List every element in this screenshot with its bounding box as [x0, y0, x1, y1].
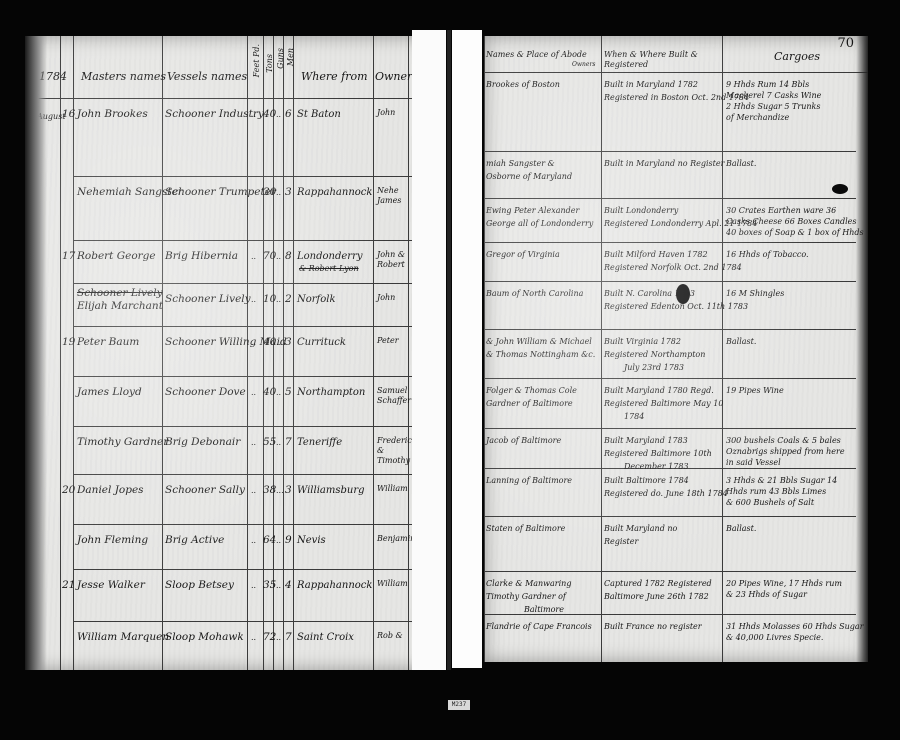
row-cargo: 16 M Shingles: [726, 289, 784, 299]
row-vessel-name: Sloop Mohawk: [165, 631, 244, 644]
row-rule: [73, 176, 433, 177]
column-rule: [247, 36, 248, 670]
row-rule: [484, 516, 856, 517]
row-built-registered: Captured 1782 Registered: [604, 579, 712, 589]
column-rule: [60, 36, 61, 670]
row-guns: ..: [276, 252, 281, 262]
column-rule: [162, 36, 163, 670]
row-tons: 38: [263, 484, 276, 497]
row-rule: [73, 569, 433, 570]
row-vessel-name: Schooner Sally: [165, 484, 245, 497]
row-cargo: in said Vessel: [726, 458, 781, 468]
header-men: Men: [284, 48, 297, 66]
row-feet: ..: [251, 338, 256, 348]
row-cargo: 9 Hhds Rum 14 Bbls: [726, 80, 809, 90]
page-number: 70: [837, 36, 854, 51]
row-cargo: 40 boxes of Soap & 1 box of Hhds: [726, 228, 864, 238]
row-feet: ..: [251, 388, 256, 398]
row-where-from: Londonderry: [297, 250, 363, 263]
row-where-from: Saint Croix: [297, 631, 354, 644]
row-vessel-name: Brig Hibernia: [165, 250, 238, 263]
row-cargo: Casks Cheese 66 Boxes Candles: [726, 217, 857, 227]
row-cargo: 2 Hhds Sugar 5 Trunks: [726, 102, 820, 112]
row-men: 3: [285, 186, 292, 199]
row-men: 7: [285, 436, 292, 449]
row-rule: [73, 283, 433, 284]
row-guns: ..: [276, 438, 281, 448]
row-built-registered: Registered Northampton: [604, 350, 705, 360]
row-vessel-name: Brig Debonair: [165, 436, 240, 449]
row-men: 2: [285, 293, 292, 306]
row-vessel-name: Schooner Trumpeter: [165, 186, 276, 199]
right-ledger-page: Names & Place of AbodeOwnersWhen & Where…: [484, 36, 868, 662]
row-owners: Osborne of Maryland: [486, 172, 572, 182]
row-built-registered: Registered Norfolk Oct. 2nd 1784: [604, 263, 742, 273]
row-master-name: John Fleming: [77, 534, 148, 547]
row-owner: John: [377, 108, 409, 118]
row-cargo: Oznabrigs shipped from here: [726, 447, 845, 457]
row-men: 8: [285, 250, 292, 263]
row-tons: 40: [263, 336, 276, 349]
row-rule: [484, 428, 856, 429]
row-where-from: Rappahannock: [297, 579, 372, 592]
row-cargo: 16 Hhds of Tobacco.: [726, 250, 809, 260]
ink-blot: [832, 184, 848, 194]
row-where-from: Rappahannock: [297, 186, 372, 199]
row-where-from: Northampton: [297, 386, 365, 399]
row-rule: [73, 376, 433, 377]
row-cargo: & 40,000 Livres Specie.: [726, 633, 823, 643]
row-owners: Gregor of Virginia: [486, 250, 560, 260]
row-master-name: Elijah Marchant: [77, 300, 163, 313]
row-where-from-struck: & Robert Lyon: [299, 264, 359, 274]
column-rule: [484, 36, 485, 662]
row-owners: Timothy Gardner of: [486, 592, 566, 602]
book-gutter-left: [412, 30, 446, 670]
row-cargo: 3 Hhds & 21 Bbls Sugar 14: [726, 476, 837, 486]
header-built-registered: When & Where Built & Registered: [604, 50, 714, 70]
row-tons: 64: [263, 534, 276, 547]
film-frame-tag: M237: [448, 700, 470, 710]
row-where-from: Currituck: [297, 336, 346, 349]
row-tons: 35: [263, 579, 276, 592]
row-feet: ..: [251, 438, 256, 448]
row-built-registered: Built Baltimore 1784: [604, 476, 689, 486]
column-rule: [373, 36, 374, 670]
header-owners-sub: Owners: [572, 60, 595, 70]
row-men: 3: [285, 336, 292, 349]
row-built-registered: Built France no register: [604, 622, 702, 632]
row-where-from: Norfolk: [297, 293, 336, 306]
row-tons: 30: [263, 186, 276, 199]
row-master-name: Daniel Jopes: [77, 484, 144, 497]
row-owners: Folger & Thomas Cole: [486, 386, 577, 396]
row-rule: [484, 242, 856, 243]
row-guns: ..: [276, 581, 281, 591]
row-guns: ..: [276, 295, 281, 305]
row-built-registered: Built Milford Haven 1782: [604, 250, 708, 260]
column-rule: [722, 36, 723, 662]
row-men: 3: [285, 484, 292, 497]
row-vessel-name: Sloop Betsey: [165, 579, 234, 592]
row-feet: ..: [251, 110, 256, 120]
row-feet: ..: [251, 295, 256, 305]
row-owners: Lanning of Baltimore: [486, 476, 572, 486]
row-master-name: Robert George: [77, 250, 156, 263]
header-rule: [484, 72, 868, 73]
row-rule: [484, 151, 856, 152]
row-owner: Frederick & Timothy: [377, 436, 409, 466]
row-built-registered: Built Virginia 1782: [604, 337, 681, 347]
row-tons: 72: [263, 631, 276, 644]
row-tons: 70: [263, 250, 276, 263]
row-where-from: Teneriffe: [297, 436, 342, 449]
row-guns: ..: [276, 110, 281, 120]
header-year: 1784: [39, 70, 67, 83]
row-owner: John & Robert: [377, 250, 409, 270]
header-cargoes: Cargoes: [774, 50, 820, 63]
row-built-registered: Built in Maryland no Register: [604, 159, 724, 169]
header-where-from: Where from: [301, 70, 368, 83]
row-built-registered: December 1783: [624, 462, 689, 472]
row-vessel-name: Schooner Dove: [165, 386, 246, 399]
row-built-registered: Registered Baltimore 10th: [604, 449, 712, 459]
row-owner: William: [377, 484, 409, 494]
row-rule: [73, 426, 433, 427]
row-owners: Staten of Baltimore: [486, 524, 565, 534]
row-feet: ..: [251, 486, 256, 496]
row-rule: [484, 198, 856, 199]
row-owner: Samuel Schaffer: [377, 386, 409, 406]
row-vessel-name: Schooner Industry: [165, 108, 264, 121]
row-built-registered: Registered do. June 18th 1784: [604, 489, 728, 499]
row-where-from: Nevis: [297, 534, 326, 547]
row-rule: [484, 571, 856, 572]
row-built-registered: Built Maryland 1783: [604, 436, 688, 446]
row-built-registered: July 23rd 1783: [624, 363, 684, 373]
row-built-registered: 1784: [624, 412, 644, 422]
row-rule: [484, 378, 856, 379]
column-rule: [283, 36, 284, 670]
row-cargo: Hhds rum 43 Bbls Limes: [726, 487, 826, 497]
row-built-registered: Built in Maryland 1782: [604, 80, 698, 90]
row-cargo: Mackerel 7 Casks Wine: [726, 91, 821, 101]
row-guns: ..: [276, 188, 281, 198]
column-rule: [601, 36, 602, 662]
row-cargo: 31 Hhds Molasses 60 Hhds Sugar: [726, 622, 864, 632]
row-master-name: Timothy Gardner: [77, 436, 168, 449]
row-men: 4: [285, 579, 292, 592]
row-master-name: James Lloyd: [77, 386, 142, 399]
row-tons: 40: [263, 108, 276, 121]
row-guns: ...: [276, 486, 284, 496]
row-owners: Ewing Peter Alexander: [486, 206, 579, 216]
row-built-registered: Register: [604, 537, 638, 547]
book-spine: [447, 30, 451, 670]
row-men: 5: [285, 386, 292, 399]
row-owners: Baum of North Carolina: [486, 289, 583, 299]
row-owners: & Thomas Nottingham &c.: [486, 350, 595, 360]
row-master-name: Jesse Walker: [77, 579, 145, 592]
row-guns: ..: [276, 633, 281, 643]
header-feet: Feet Pd.: [250, 44, 263, 77]
row-tons: 40: [263, 386, 276, 399]
header-masters-names: Masters names: [81, 70, 166, 83]
row-tons: 10: [263, 293, 276, 306]
row-cargo: Ballast.: [726, 524, 756, 534]
row-owners: Baltimore: [524, 605, 564, 615]
row-built-registered: Built Londonderry: [604, 206, 678, 216]
row-master-name: William Marquen: [77, 631, 169, 644]
row-owners: miah Sangster &: [486, 159, 555, 169]
row-owners: & John William & Michael: [486, 337, 592, 347]
row-day: 20: [62, 484, 75, 497]
row-master-name: Peter Baum: [77, 336, 139, 349]
row-day: 16: [62, 108, 75, 121]
row-cargo: 20 Pipes Wine, 17 Hhds rum: [726, 579, 842, 589]
row-owners: Gardner of Baltimore: [486, 399, 573, 409]
row-vessel-name: Brig Active: [165, 534, 224, 547]
row-built-registered: Built Maryland no: [604, 524, 677, 534]
row-guns: ..: [276, 338, 281, 348]
row-owner: Benjamin: [377, 534, 409, 544]
row-built-registered: Registered Baltimore May 10: [604, 399, 723, 409]
row-cargo: 19 Pipes Wine: [726, 386, 784, 396]
row-feet: ..: [251, 536, 256, 546]
row-owners: Brookes of Boston: [486, 80, 560, 90]
row-built-registered: Built Maryland 1780 Regd.: [604, 386, 714, 396]
column-rule: [408, 36, 409, 670]
row-day: 21: [62, 579, 75, 592]
row-master-struck: Schooner Lively: [77, 287, 163, 300]
left-ledger-page: 1784Masters namesVessels namesFeet Pd.To…: [25, 36, 433, 670]
row-day: 19: [62, 336, 75, 349]
row-built-registered: Baltimore June 26th 1782: [604, 592, 709, 602]
row-men: 6: [285, 108, 292, 121]
row-vessel-name: Schooner Lively: [165, 293, 251, 306]
row-guns: ..: [276, 536, 281, 546]
row-feet: ..: [251, 633, 256, 643]
row-owners: Clarke & Manwaring: [486, 579, 571, 589]
row-owner: William: [377, 579, 409, 589]
row-cargo: Ballast.: [726, 337, 756, 347]
row-owner: Rob &: [377, 631, 409, 641]
row-men: 7: [285, 631, 292, 644]
row-feet: ..: [251, 252, 256, 262]
row-men: 9: [285, 534, 292, 547]
row-cargo: 30 Crates Earthen ware 36: [726, 206, 836, 216]
row-rule: [73, 474, 433, 475]
row-rule: [484, 281, 856, 282]
row-rule: [484, 329, 856, 330]
row-rule: [73, 621, 433, 622]
row-tons: 55: [263, 436, 276, 449]
row-owners: George all of Londonderry: [486, 219, 593, 229]
row-cargo: 300 bushels Coals & 5 bales: [726, 436, 841, 446]
row-owner: John: [377, 293, 409, 303]
row-feet: ..: [251, 581, 256, 591]
row-cargo: Ballast.: [726, 159, 756, 169]
row-rule: [73, 326, 433, 327]
row-rule: [73, 524, 433, 525]
row-rule: [73, 240, 433, 241]
row-owners: Jacob of Baltimore: [486, 436, 561, 446]
row-owner: Peter: [377, 336, 409, 346]
row-cargo: & 23 Hhds of Sugar: [726, 590, 807, 600]
column-rule: [273, 36, 274, 670]
header-owners-place: Names & Place of Abode: [486, 50, 587, 60]
row-owners: Flandrie of Cape Francois: [486, 622, 592, 632]
row-master-name: John Brookes: [77, 108, 148, 121]
column-rule: [293, 36, 294, 670]
row-built-registered: Registered Edenton Oct. 11th 1783: [604, 302, 748, 312]
column-rule: [263, 36, 264, 670]
book-gutter-right: [452, 30, 482, 668]
row-cargo: & 600 Bushels of Salt: [726, 498, 814, 508]
row-day: 17: [62, 250, 75, 263]
row-where-from: Williamsburg: [297, 484, 365, 497]
row-cargo: of Merchandize: [726, 113, 789, 123]
row-guns: ..: [276, 388, 281, 398]
row-where-from: St Baton: [297, 108, 341, 121]
row-owner: Nehe James: [377, 186, 409, 206]
ink-blot: [676, 284, 690, 304]
header-vessels-names: Vessels names: [167, 70, 247, 83]
column-rule: [73, 36, 74, 670]
header-rule: [35, 98, 433, 99]
